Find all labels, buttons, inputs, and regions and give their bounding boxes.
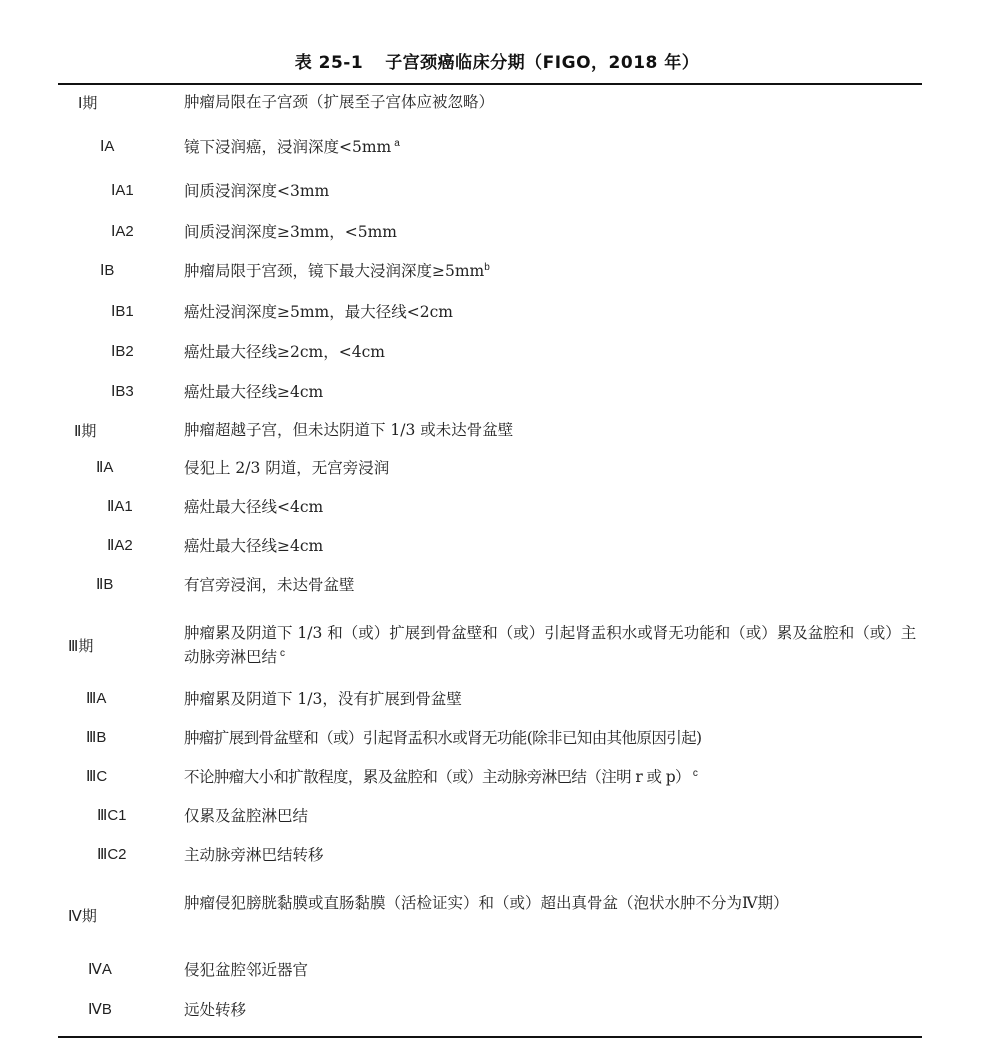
stage-description: 肿瘤扩展到骨盆壁和（或）引起肾盂积水或肾无功能(除非已知由其他原因引起) [184,726,944,750]
stage-label: ⅣA [88,960,112,978]
stage-description: 主动脉旁淋巴结转移 [184,843,924,867]
stage-description: 癌灶最大径线<4cm [184,495,924,519]
stage-label: Ⅰ期 [78,92,97,113]
stage-description: 侵犯盆腔邻近器官 [184,958,924,982]
stage-label: ⅡA [96,458,113,476]
footnote-marker: c [280,648,285,659]
table-number: 表 25-1 [295,53,363,73]
bottom-rule [58,1036,922,1038]
stage-label: ⅠB2 [111,342,134,360]
stage-label: ⅠB [100,261,114,279]
footnote-marker: b [484,262,490,273]
stage-label: ⅡB [96,575,113,593]
stage-description: 不论肿瘤大小和扩散程度，累及盆腔和（或）主动脉旁淋巴结（注明 r 或 p）c [184,765,944,789]
stage-description: 肿瘤侵犯膀胱黏膜或直肠黏膜（活检证实）和（或）超出真骨盆（泡状水肿不分为Ⅳ期） [184,891,919,915]
stage-description: 肿瘤累及阴道下 1/3，没有扩展到骨盆壁 [184,687,924,711]
stage-label: ⅣB [88,1000,112,1018]
stage-label: Ⅲ期 [68,635,93,656]
stage-label: ⅠB3 [111,382,134,400]
stage-description: 癌灶最大径线≥4cm [184,380,924,404]
stage-label: ⅢC1 [97,806,127,824]
stage-label: ⅠA1 [111,181,134,199]
stage-description: 仅累及盆腔淋巴结 [184,804,924,828]
stage-label: Ⅱ期 [74,420,96,441]
stage-label: ⅢC [86,767,107,785]
stage-description: 侵犯上 2/3 阴道，无宫旁浸润 [184,456,924,480]
stage-label: ⅠA2 [111,222,134,240]
stage-description: 间质浸润深度<3mm [184,179,924,203]
stage-description: 远处转移 [184,998,924,1022]
stage-description: 肿瘤局限于宫颈，镜下最大浸润深度≥5mmb [184,259,924,283]
stage-description: 镜下浸润癌，浸润深度<5mma [184,135,924,159]
table-title: 表 25-1子宫颈癌临床分期（FIGO，2018 年） [0,48,994,73]
top-rule [58,83,922,85]
stage-description: 有宫旁浸润，未达骨盆壁 [184,573,924,597]
stage-description: 癌灶最大径线≥2cm，<4cm [184,340,924,364]
stage-label: ⅢA [86,689,106,707]
footnote-marker: c [693,768,697,779]
stage-label: ⅠA [100,137,114,155]
stage-label: ⅢC2 [97,845,127,863]
stage-description: 癌灶最大径线≥4cm [184,534,924,558]
stage-label: ⅠB1 [111,302,134,320]
stage-description: 间质浸润深度≥3mm，<5mm [184,220,924,244]
stage-label: ⅡA1 [107,497,133,515]
table-caption: 子宫颈癌临床分期（FIGO，2018 年） [385,53,699,73]
stage-label: ⅢB [86,728,106,746]
stage-label: Ⅳ期 [68,905,97,926]
stage-label: ⅡA2 [107,536,133,554]
stage-description: 肿瘤超越子宫，但未达阴道下 1/3 或未达骨盆壁 [184,418,924,442]
stage-description: 肿瘤局限在子宫颈（扩展至子宫体应被忽略） [184,90,924,114]
stage-description: 肿瘤累及阴道下 1/3 和（或）扩展到骨盆壁和（或）引起肾盂积水或肾无功能和（或… [184,621,919,669]
stage-description: 癌灶浸润深度≥5mm，最大径线<2cm [184,300,924,324]
footnote-marker: a [394,138,400,149]
